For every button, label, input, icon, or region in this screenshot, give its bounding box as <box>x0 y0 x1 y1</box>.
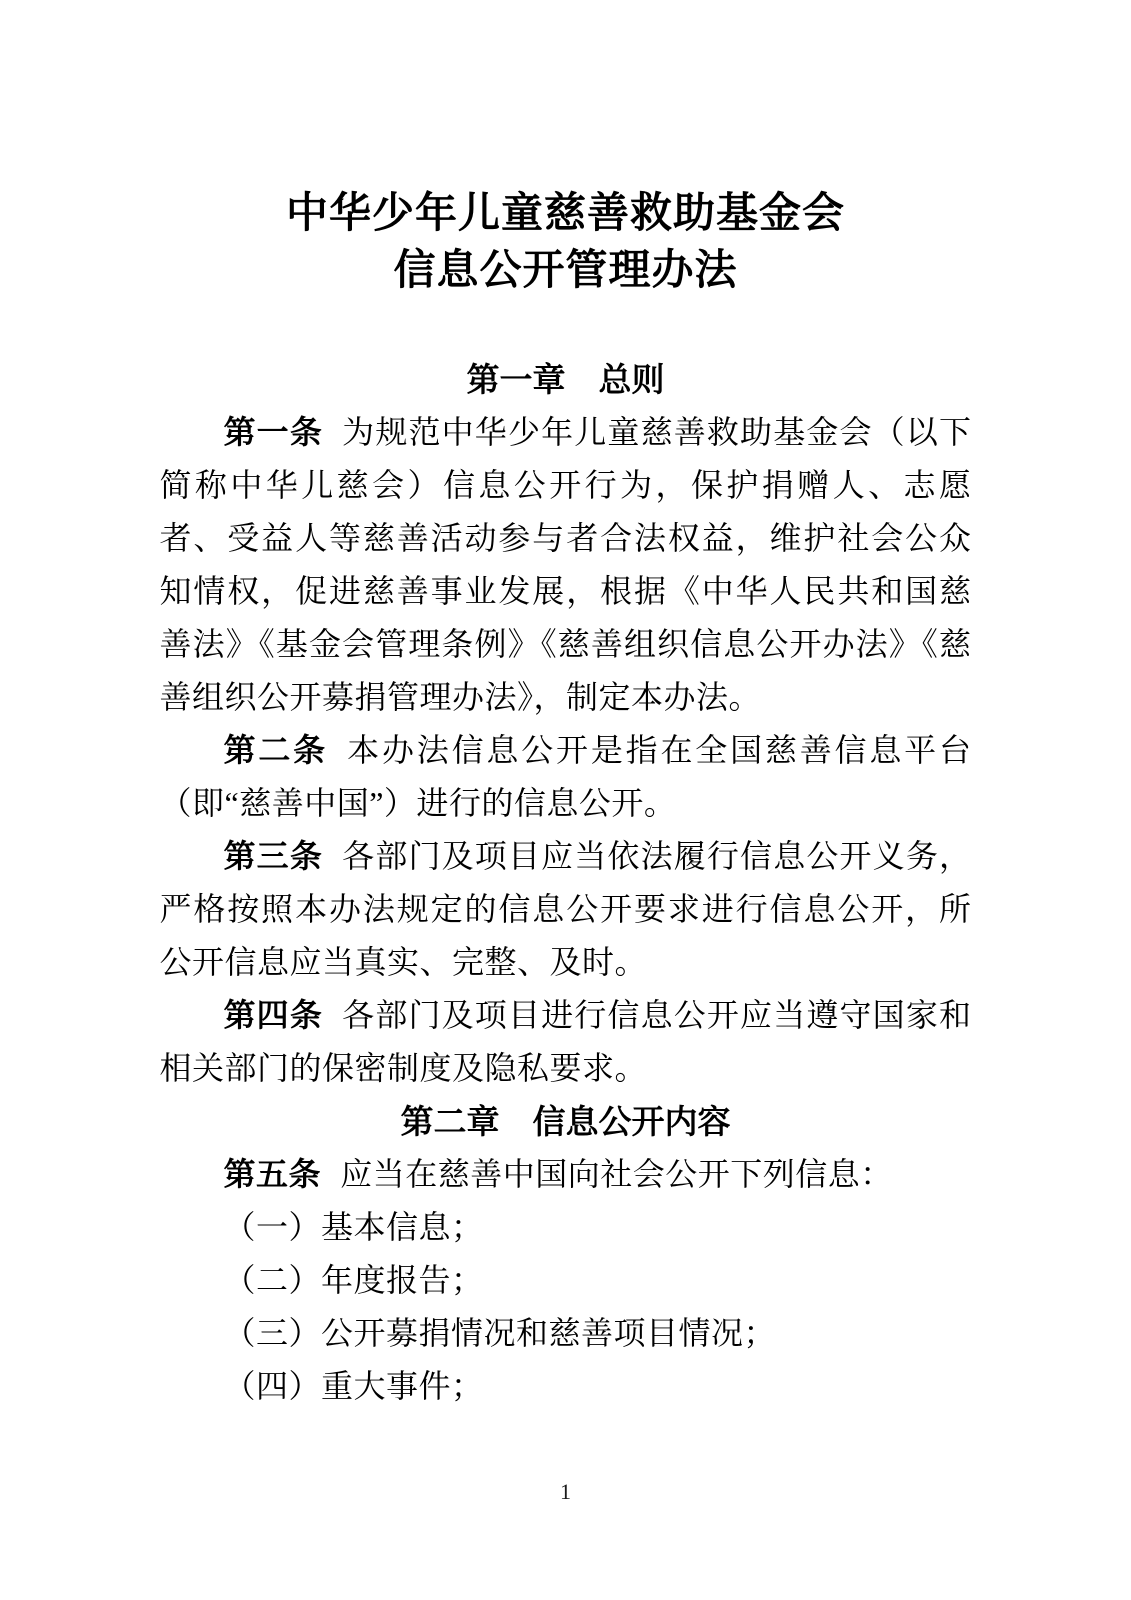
document-title: 中华少年儿童慈善救助基金会 信息公开管理办法 <box>160 0 972 300</box>
list-item-2: （二）年度报告； <box>160 1254 972 1307</box>
list-item-3: （三）公开募捐情况和慈善项目情况； <box>160 1307 972 1360</box>
article-3: 第三条各部门及项目应当依法履行信息公开义务，严格按照本办法规定的信息公开要求进行… <box>160 830 972 989</box>
article-5: 第五条应当在慈善中国向社会公开下列信息： <box>160 1148 972 1201</box>
chapter-1-heading: 第一章 总则 <box>160 353 972 406</box>
list-item-4: （四）重大事件； <box>160 1360 972 1413</box>
article-4: 第四条各部门及项目进行信息公开应当遵守国家和相关部门的保密制度及隐私要求。 <box>160 989 972 1095</box>
document-content: 中华少年儿童慈善救助基金会 信息公开管理办法 第一章 总则 第一条为规范中华少年… <box>160 0 972 1413</box>
article-3-label: 第三条 <box>224 838 323 874</box>
article-1-label: 第一条 <box>224 414 323 450</box>
article-1-text: 为规范中华少年儿童慈善救助基金会（以下简称中华儿慈会）信息公开行为，保护捐赠人、… <box>160 414 972 715</box>
title-line-2: 信息公开管理办法 <box>160 243 972 300</box>
title-line-1: 中华少年儿童慈善救助基金会 <box>160 186 972 243</box>
article-1: 第一条为规范中华少年儿童慈善救助基金会（以下简称中华儿慈会）信息公开行为，保护捐… <box>160 406 972 724</box>
page-number: 1 <box>0 1478 1131 1506</box>
article-2-label: 第二条 <box>224 732 328 768</box>
article-5-text: 应当在慈善中国向社会公开下列信息： <box>340 1156 893 1192</box>
list-item-1: （一）基本信息； <box>160 1201 972 1254</box>
article-5-label: 第五条 <box>224 1156 322 1192</box>
article-4-label: 第四条 <box>224 997 323 1033</box>
document-page: 中华少年儿童慈善救助基金会 信息公开管理办法 第一章 总则 第一条为规范中华少年… <box>0 0 1131 1600</box>
article-2: 第二条本办法信息公开是指在全国慈善信息平台（即“慈善中国”）进行的信息公开。 <box>160 724 972 830</box>
chapter-2-heading: 第二章 信息公开内容 <box>160 1095 972 1148</box>
